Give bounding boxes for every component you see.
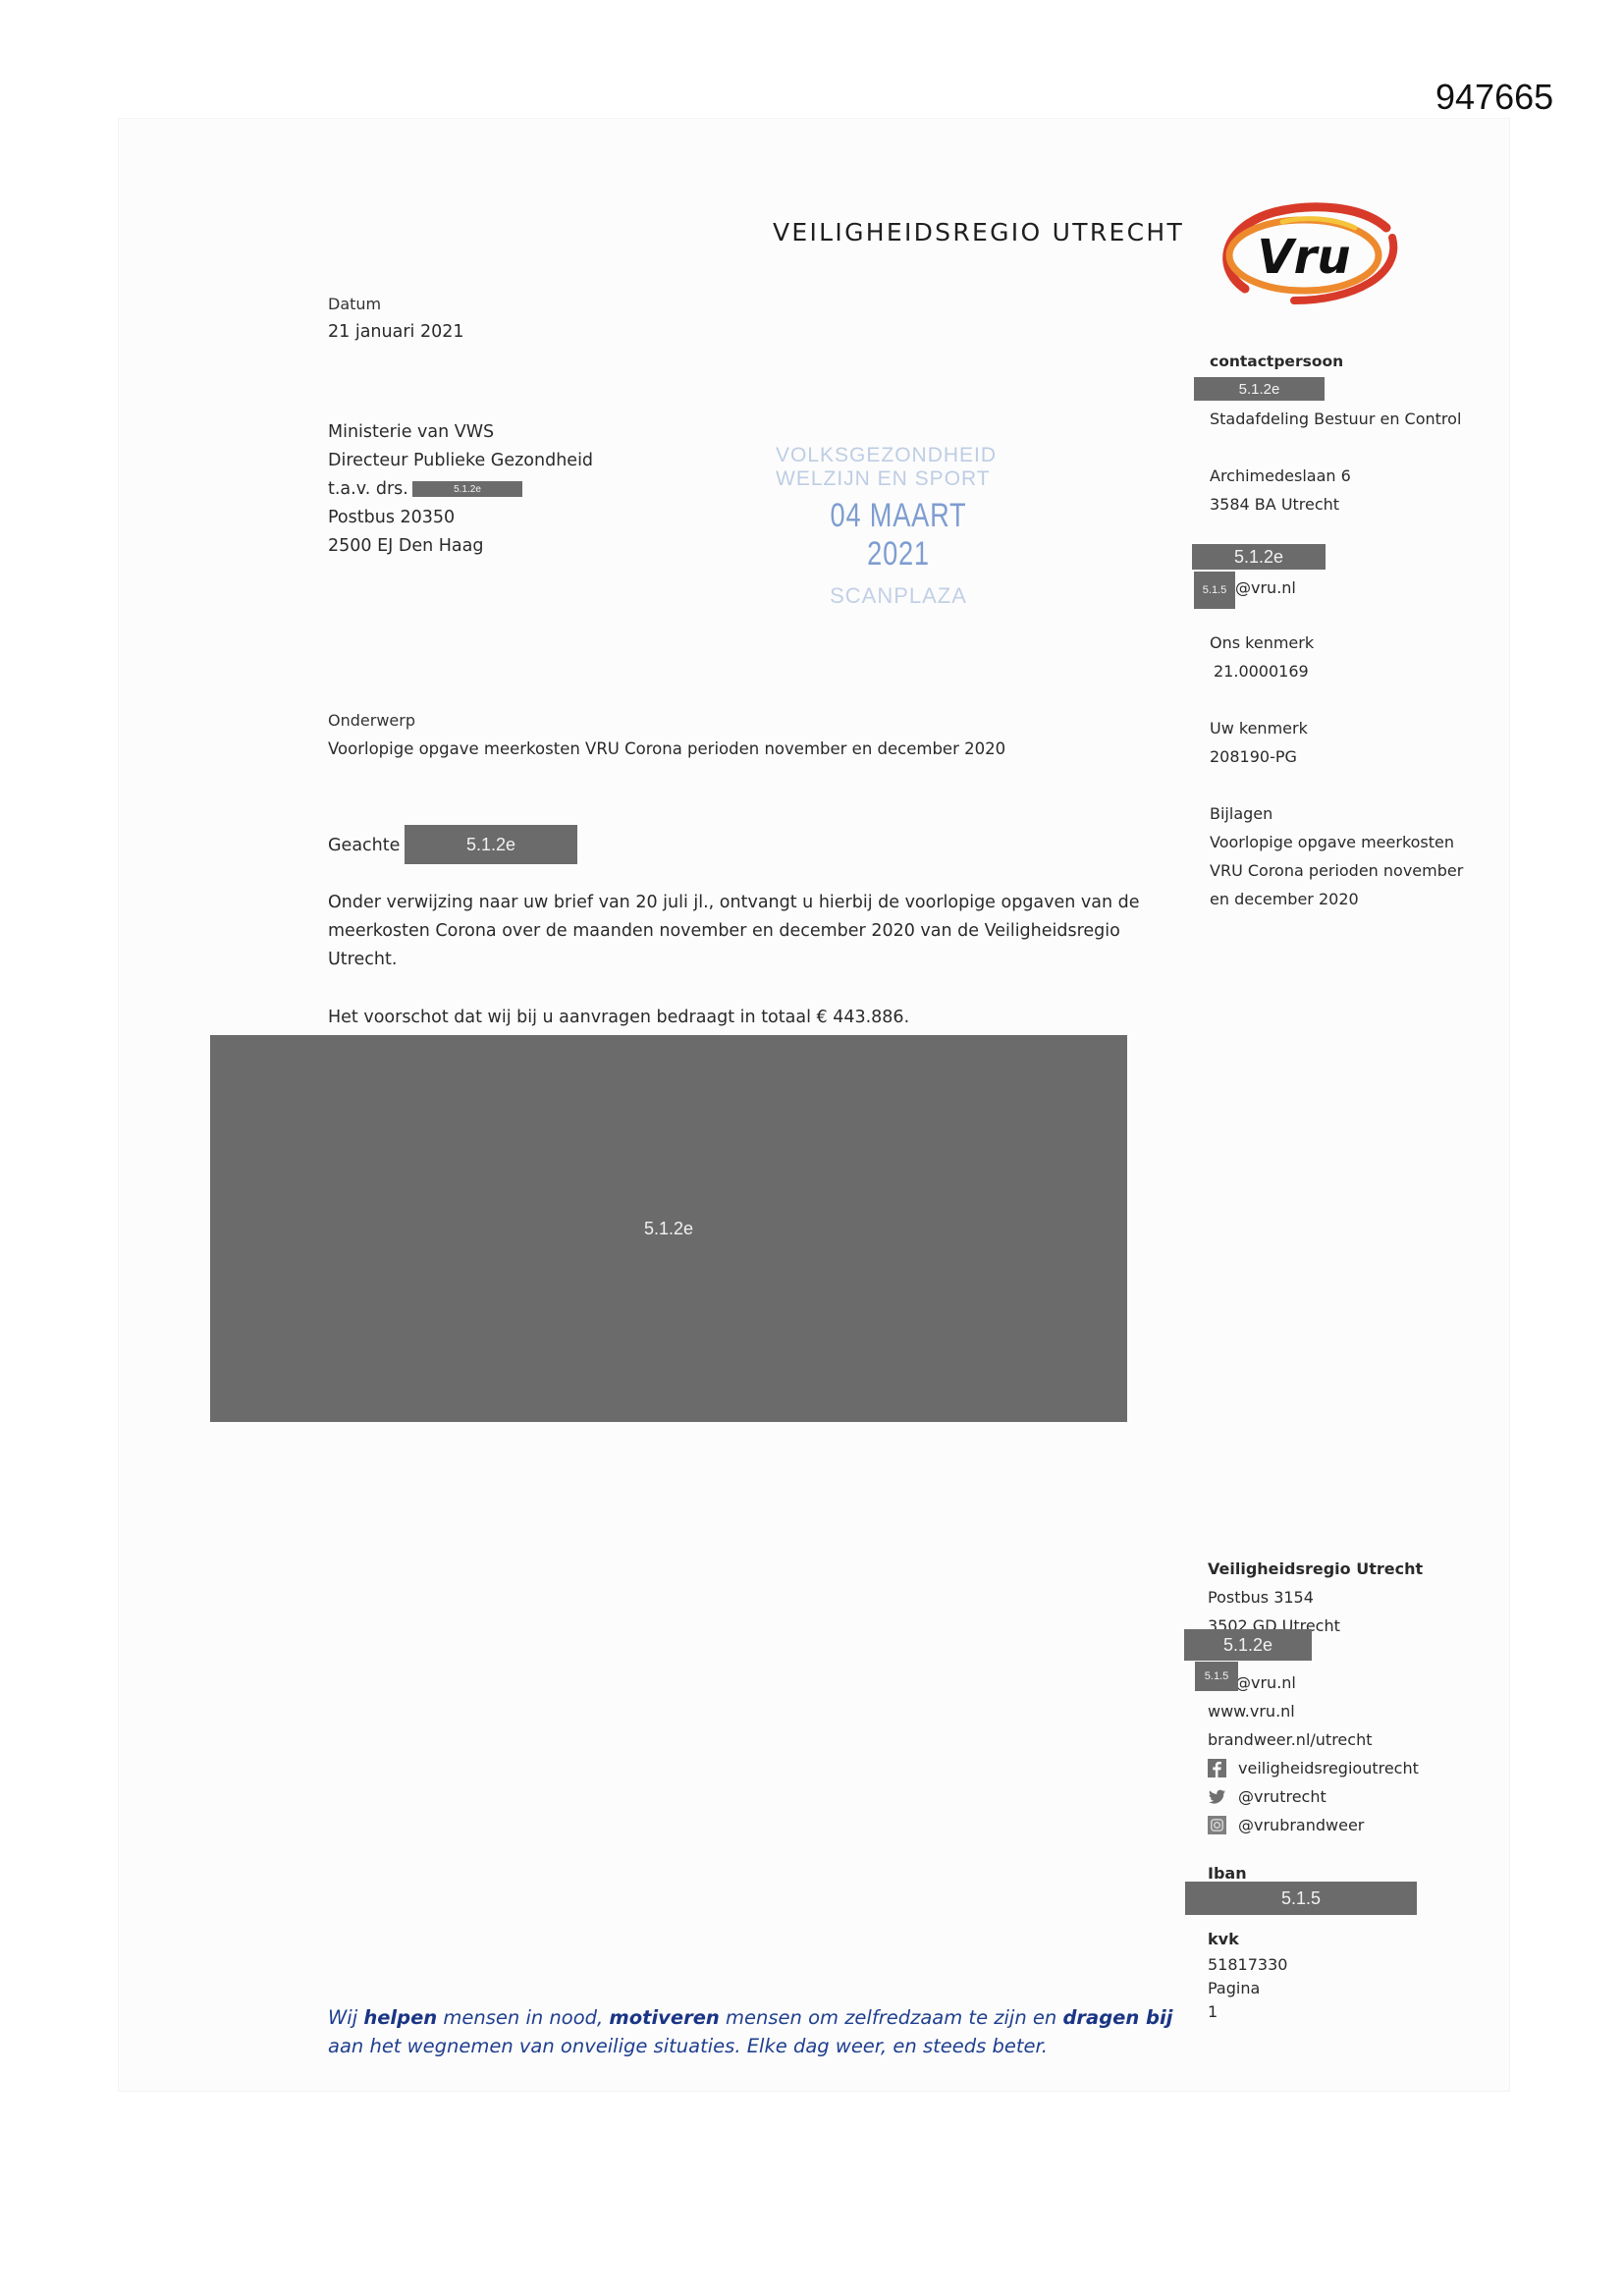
kvk-label: kvk bbox=[1208, 1925, 1423, 1953]
reference-sidebar: Ons kenmerk 21.0000169 Uw kenmerk 208190… bbox=[1210, 629, 1463, 913]
vru-logo-icon: Vru bbox=[1206, 198, 1398, 308]
uw-kenmerk-label: Uw kenmerk bbox=[1210, 714, 1463, 742]
footer-website: www.vru.nl bbox=[1208, 1697, 1423, 1725]
contact-sidebar: contactpersoon Stadafdeling Bestuur en C… bbox=[1210, 348, 1461, 519]
stamp-line: WELZIJN EN SPORT bbox=[776, 467, 1021, 491]
uw-kenmerk-value: 208190-PG bbox=[1210, 742, 1463, 771]
footer-org: Veiligheidsregio Utrecht bbox=[1208, 1555, 1423, 1583]
bijlagen-line: VRU Corona perioden november bbox=[1210, 856, 1463, 885]
stamp-line: VOLKSGEZONDHEID bbox=[776, 444, 1021, 467]
recipient-line: Directeur Publieke Gezondheid bbox=[328, 447, 593, 475]
social-text: @vrutrecht bbox=[1238, 1782, 1326, 1811]
redaction-box: 5.1.2e bbox=[405, 825, 577, 864]
date-value: 21 januari 2021 bbox=[328, 318, 463, 347]
ons-kenmerk-value: 21.0000169 bbox=[1210, 657, 1463, 685]
footer-postbus: Postbus 3154 bbox=[1208, 1583, 1423, 1612]
large-redaction-box: 5.1.2e bbox=[210, 1035, 1127, 1422]
social-facebook: veiligheidsregioutrecht bbox=[1208, 1754, 1423, 1782]
address-line: Archimedeslaan 6 bbox=[1210, 462, 1461, 490]
page-label: Pagina bbox=[1208, 1977, 1423, 2000]
body-paragraph: Onder verwijzing naar uw brief van 20 ju… bbox=[328, 889, 1140, 974]
recipient-line: Postbus 20350 bbox=[328, 504, 593, 532]
recipient-line: t.a.v. drs. bbox=[328, 479, 408, 499]
facebook-icon bbox=[1208, 1759, 1226, 1777]
kvk-value: 51817330 bbox=[1208, 1953, 1423, 1977]
redaction-box: 5.1.5 bbox=[1185, 1882, 1417, 1915]
redaction-box: 5.1.2e bbox=[1184, 1629, 1312, 1661]
contact-email: @vru.nl bbox=[1235, 574, 1296, 602]
recipient-line: Ministerie van VWS bbox=[328, 418, 593, 447]
page-number: 1 bbox=[1208, 2000, 1423, 2024]
bijlagen-label: Bijlagen bbox=[1210, 799, 1463, 828]
body-line: Onder verwijzing naar uw brief van 20 ju… bbox=[328, 889, 1140, 917]
footer-email: @vru.nl bbox=[1208, 1668, 1423, 1697]
redaction-box: 5.1.2e bbox=[412, 481, 522, 497]
date-label: Datum bbox=[328, 291, 381, 318]
stamp-line: SCANPLAZA bbox=[776, 583, 1021, 609]
ons-kenmerk-label: Ons kenmerk bbox=[1210, 629, 1463, 657]
redaction-box: 5.1.2e bbox=[1194, 377, 1325, 401]
social-text: veiligheidsregioutrecht bbox=[1238, 1754, 1419, 1782]
social-twitter: @vrutrecht bbox=[1208, 1782, 1423, 1811]
footer-brandweer: brandweer.nl/utrecht bbox=[1208, 1725, 1423, 1754]
advance-amount-text: Het voorschot dat wij bij u aanvragen be… bbox=[328, 1004, 909, 1032]
social-text: @vrubrandweer bbox=[1238, 1811, 1364, 1839]
org-name: VEILIGHEIDSREGIO UTRECHT bbox=[773, 218, 1184, 246]
redaction-box: 5.1.5 bbox=[1194, 572, 1235, 609]
body-line: Utrecht. bbox=[328, 946, 1140, 974]
footer-contact: Veiligheidsregio Utrecht Postbus 3154 35… bbox=[1208, 1555, 1423, 2024]
svg-text:Vru: Vru bbox=[1258, 230, 1351, 285]
stamp-date: 04 MAART 2021 bbox=[800, 497, 997, 574]
received-stamp: VOLKSGEZONDHEID WELZIJN EN SPORT 04 MAAR… bbox=[776, 444, 1021, 609]
bijlagen-line: Voorlopige opgave meerkosten bbox=[1210, 828, 1463, 856]
bijlagen-line: en december 2020 bbox=[1210, 885, 1463, 913]
subject-value: Voorlopige opgave meerkosten VRU Corona … bbox=[328, 735, 1005, 763]
redaction-box: 5.1.5 bbox=[1195, 1662, 1238, 1691]
document-number: 947665 bbox=[1435, 77, 1553, 118]
body-line: meerkosten Corona over de maanden novemb… bbox=[328, 917, 1140, 946]
recipient-line: 2500 EJ Den Haag bbox=[328, 532, 593, 561]
instagram-icon bbox=[1208, 1816, 1226, 1834]
salutation: Geachte bbox=[328, 832, 400, 860]
department: Stadafdeling Bestuur en Control bbox=[1210, 405, 1461, 433]
footer-slogan: Wij helpen mensen in nood, motiveren men… bbox=[328, 2003, 1172, 2060]
subject-label: Onderwerp bbox=[328, 707, 415, 735]
address-line: 3584 BA Utrecht bbox=[1210, 490, 1461, 519]
social-instagram: @vrubrandweer bbox=[1208, 1811, 1423, 1839]
redaction-box: 5.1.2e bbox=[1192, 544, 1326, 570]
twitter-icon bbox=[1208, 1787, 1226, 1806]
contact-label: contactpersoon bbox=[1210, 348, 1461, 376]
